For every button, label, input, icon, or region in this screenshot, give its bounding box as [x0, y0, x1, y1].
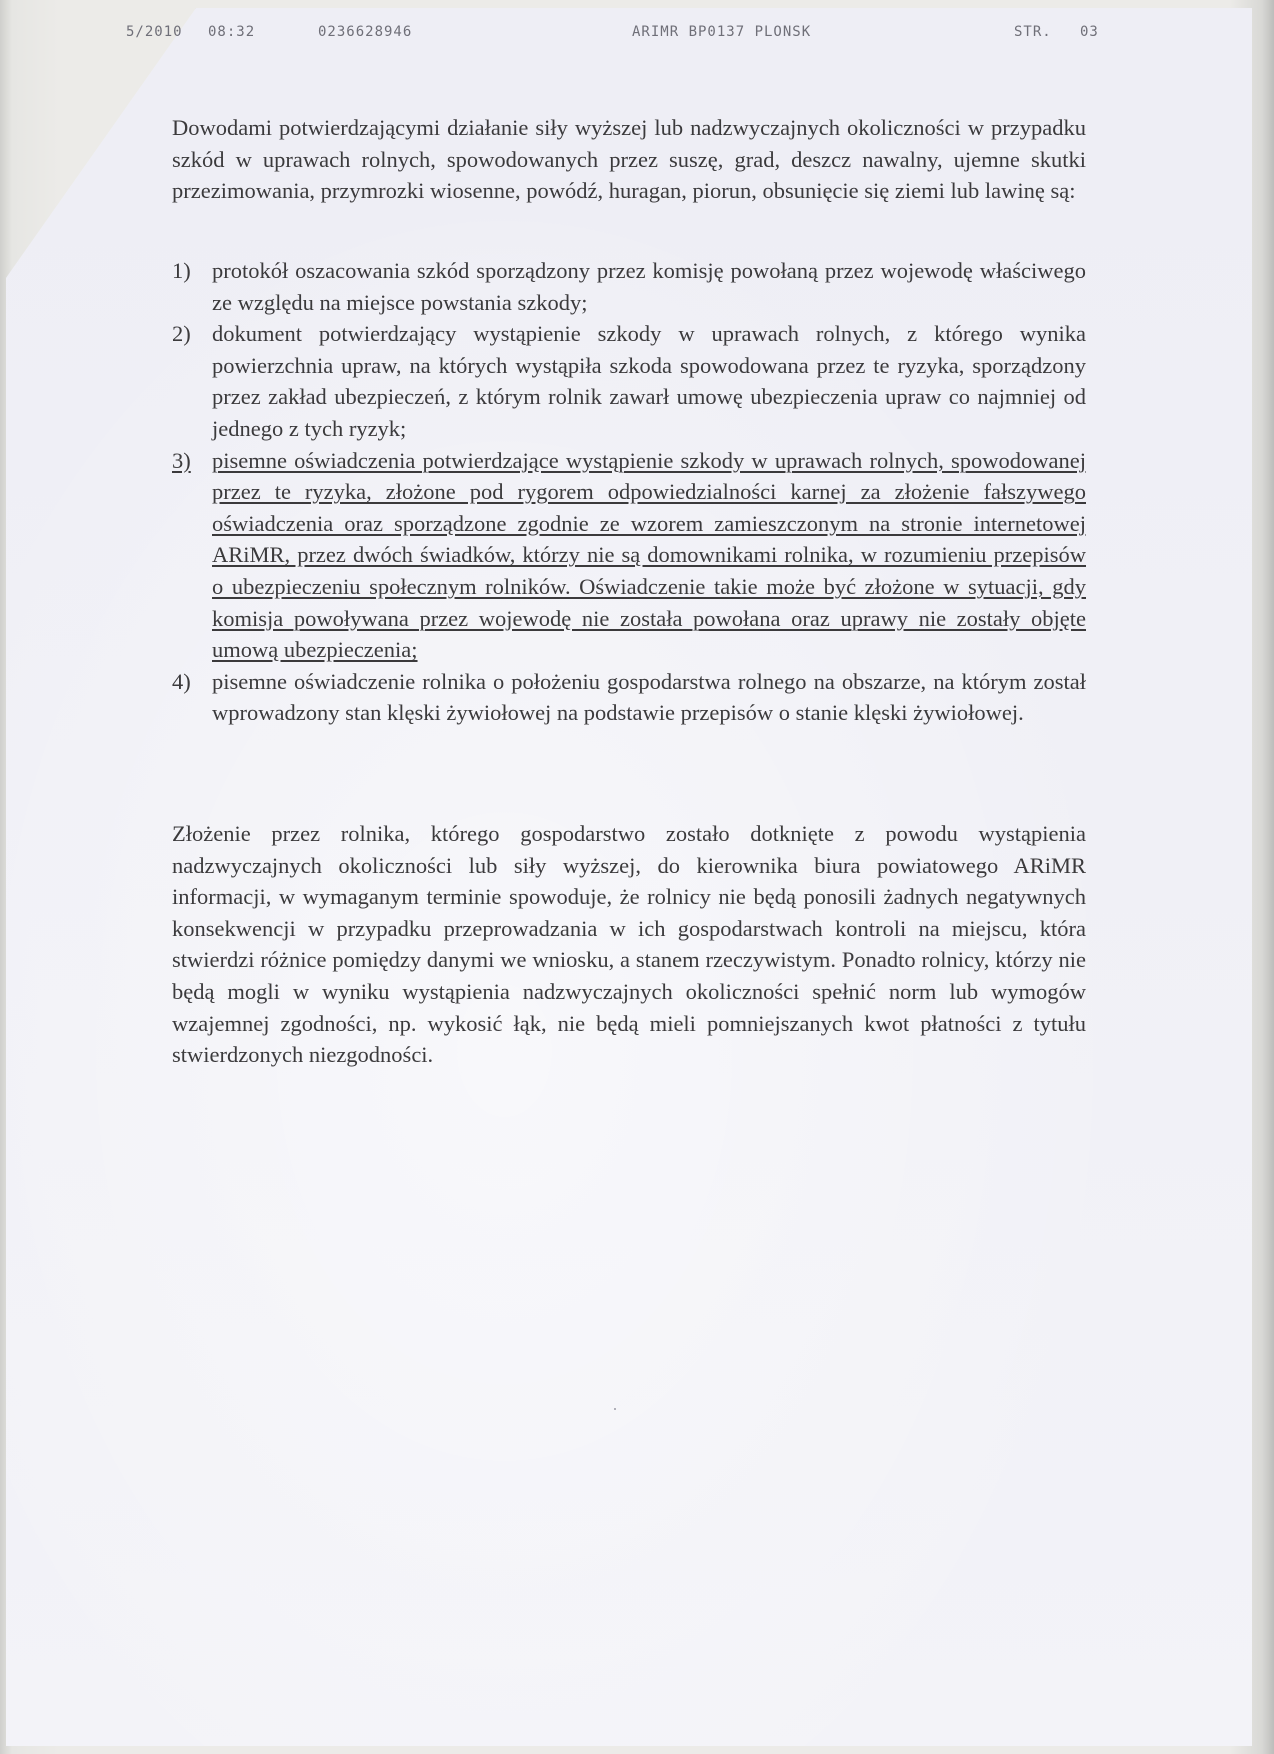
fax-date: 5/2010: [126, 24, 183, 40]
fax-phone: 0236628946: [318, 24, 412, 40]
list-item: 1) protokół oszacowania szkód sporządzon…: [172, 255, 1086, 318]
intro-paragraph: Dowodami potwierdzającymi działanie siły…: [172, 112, 1086, 207]
scan-speck: [614, 1408, 616, 1410]
evidence-list: 1) protokół oszacowania szkód sporządzon…: [172, 255, 1086, 729]
list-item-number: 1): [172, 255, 191, 287]
list-item-text: pisemne oświadczenie rolnika o położeniu…: [212, 669, 1086, 726]
fax-time: 08:32: [208, 24, 255, 40]
list-item: 4) pisemne oświadczenie rolnika o położe…: [172, 666, 1086, 729]
list-item-text: pisemne oświadczenia potwierdzające wyst…: [212, 448, 1086, 663]
list-item-number: 4): [172, 666, 191, 698]
fax-page-number: 03: [1080, 24, 1099, 40]
fax-page-label: STR.: [1014, 24, 1052, 40]
list-item-number: 2): [172, 318, 191, 350]
closing-paragraph: Złożenie przez rolnika, którego gospodar…: [172, 818, 1086, 1071]
list-item-text: protokół oszacowania szkód sporządzony p…: [212, 258, 1086, 315]
fax-header: 5/2010 08:32 0236628946 ARIMR BP0137 PLO…: [0, 24, 1274, 46]
list-item-underlined: 3) pisemne oświadczenia potwierdzające w…: [172, 445, 1086, 666]
list-item-text: dokument potwierdzający wystąpienie szko…: [212, 321, 1086, 441]
fax-sender: ARIMR BP0137 PLONSK: [632, 24, 811, 40]
list-item: 2) dokument potwierdzający wystąpienie s…: [172, 318, 1086, 444]
list-item-number: 3): [172, 445, 191, 477]
